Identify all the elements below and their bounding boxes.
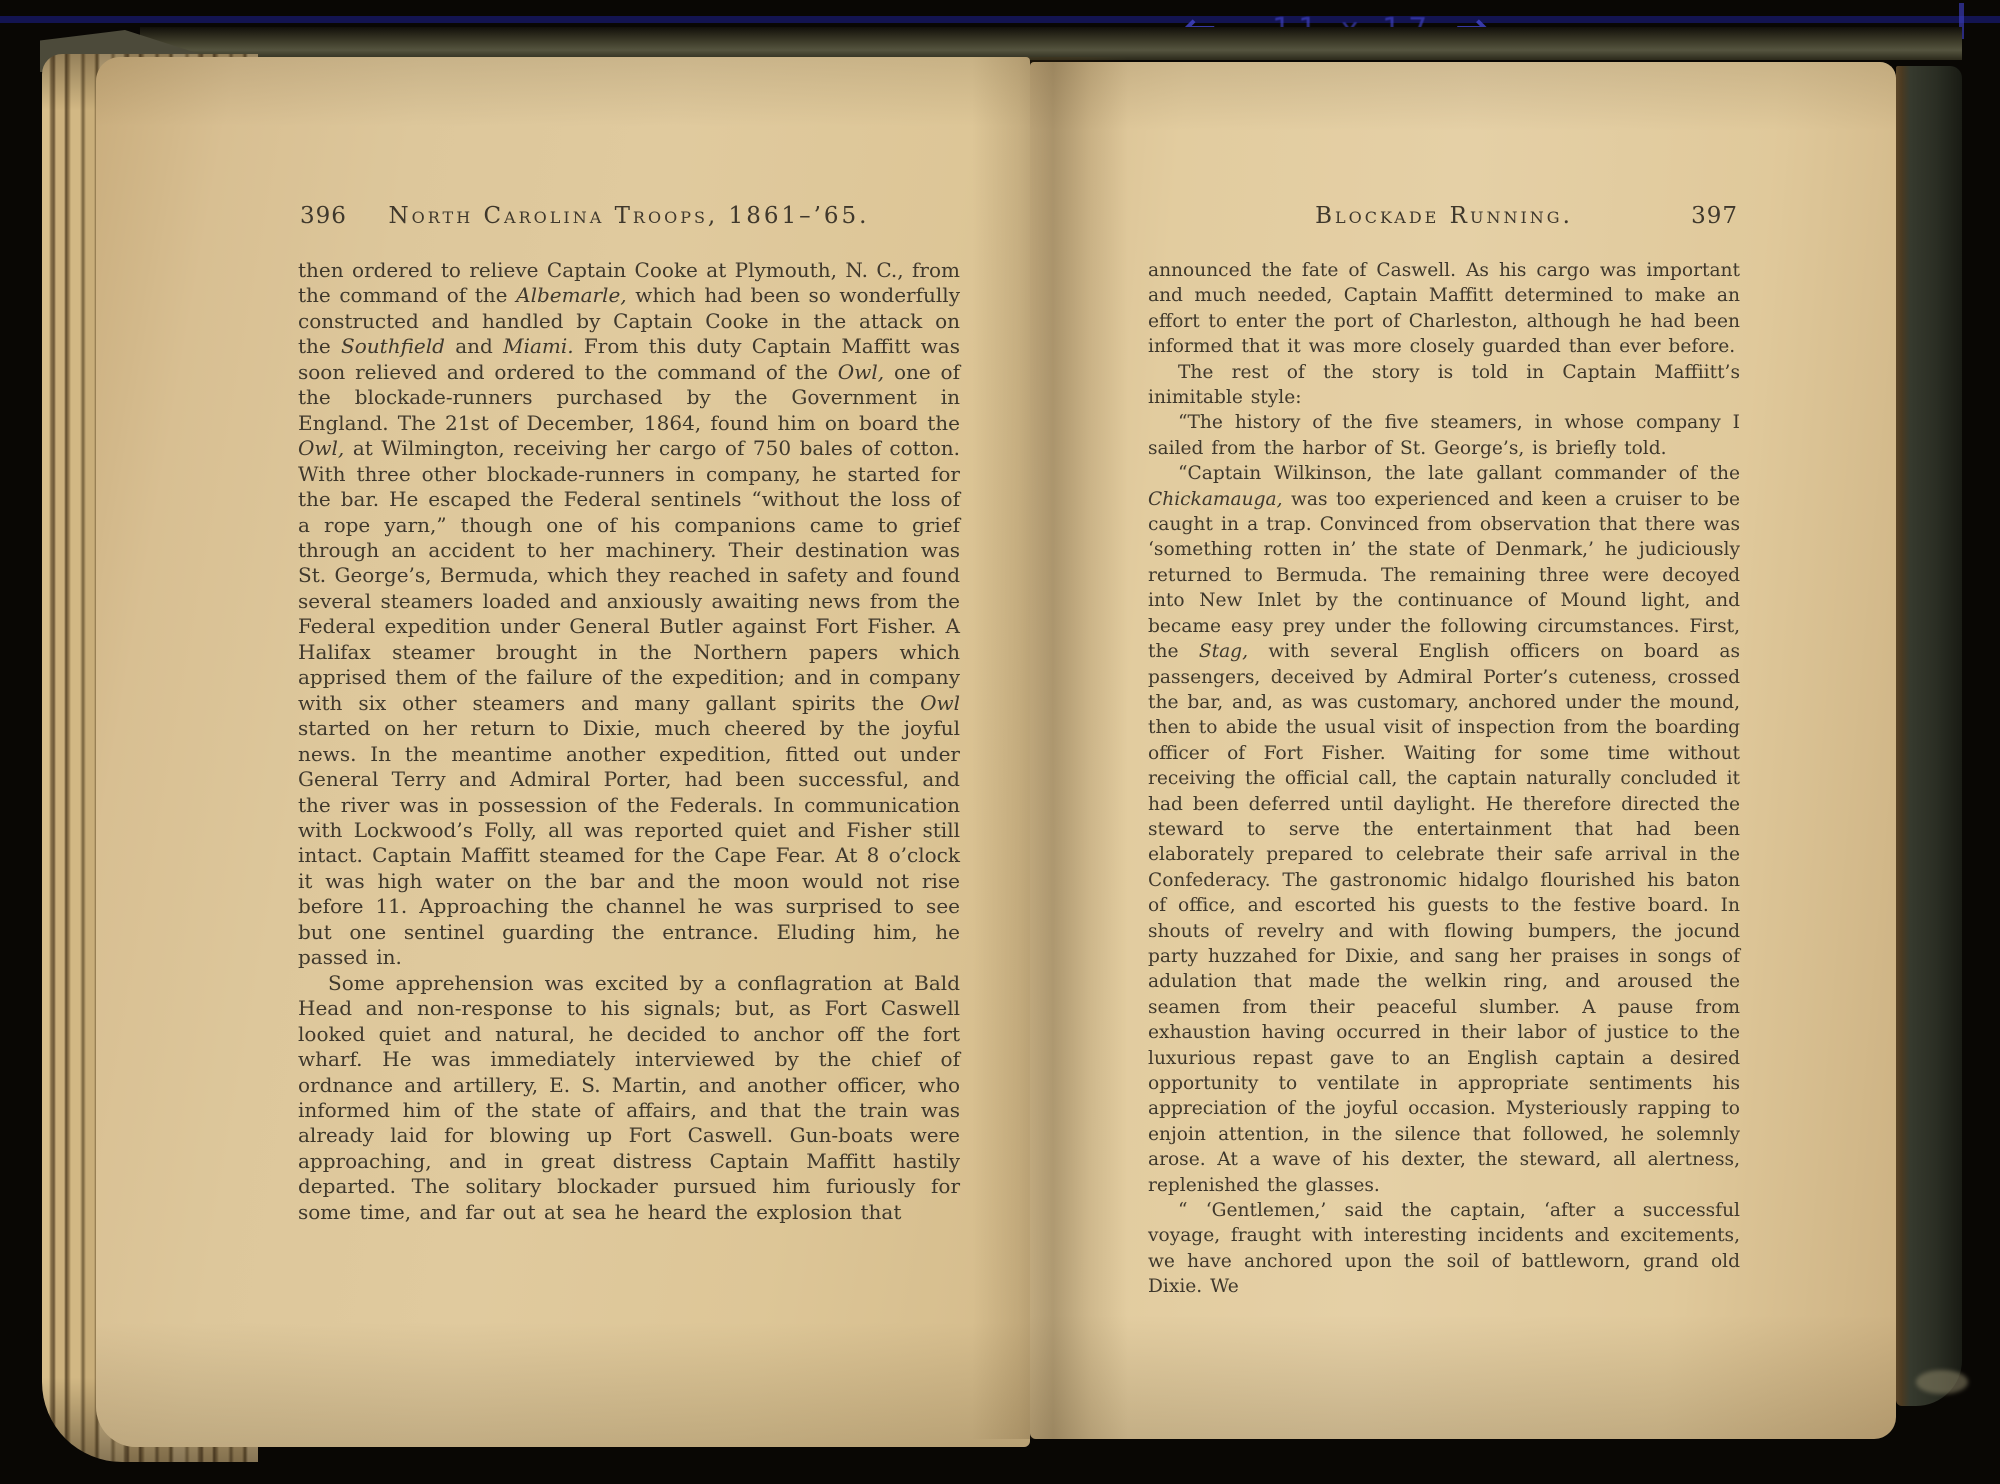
left-page-text: then ordered to relieve Captain Cooke at… bbox=[298, 258, 960, 1225]
left-page-content: 396 North Carolina Troops, 1861–’65. the… bbox=[298, 200, 960, 1225]
paragraph: “ ‘Gentlemen,’ said the captain, ‘after … bbox=[1148, 1198, 1740, 1300]
right-page-content: Blockade Running. 397 announced the fate… bbox=[1148, 200, 1740, 1300]
paragraph: “Captain Wilkinson, the late gallant com… bbox=[1148, 461, 1740, 1198]
left-running-header: 396 North Carolina Troops, 1861–’65. bbox=[298, 200, 960, 234]
book-cover-top-edge bbox=[140, 27, 1962, 60]
book-cover-fray bbox=[1916, 1370, 1968, 1394]
page-number-right: 397 bbox=[1691, 200, 1738, 232]
right-page-text: announced the fate of Caswell. As his ca… bbox=[1148, 258, 1740, 1300]
scanner-guide-line bbox=[0, 16, 2000, 23]
paragraph: “The history of the five steamers, in wh… bbox=[1148, 410, 1740, 461]
paragraph: announced the fate of Caswell. As his ca… bbox=[1148, 258, 1740, 360]
book-scan-background: ← 11 x 17 → 396 North Carolina Troops, 1… bbox=[0, 0, 2000, 1484]
paragraph: then ordered to relieve Captain Cooke at… bbox=[298, 258, 960, 971]
book-cover-right-edge bbox=[1896, 66, 1962, 1406]
page-number-left: 396 bbox=[300, 200, 347, 232]
running-title-left: North Carolina Troops, 1861–’65. bbox=[298, 200, 960, 232]
right-running-header: Blockade Running. 397 bbox=[1148, 200, 1740, 234]
paragraph: Some apprehension was excited by a confl… bbox=[298, 971, 960, 1226]
paragraph: The rest of the story is told in Captain… bbox=[1148, 360, 1740, 411]
running-title-right: Blockade Running. bbox=[1148, 200, 1740, 232]
